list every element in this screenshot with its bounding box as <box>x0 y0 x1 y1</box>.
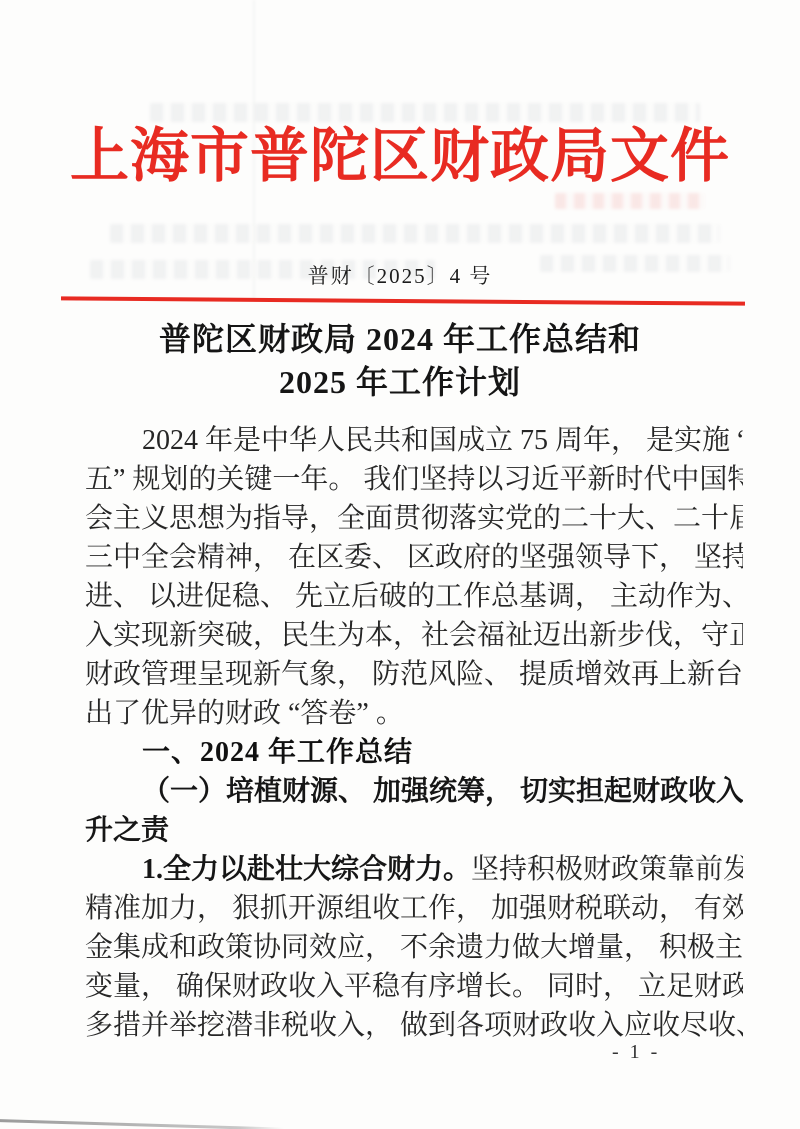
text-line: 多措并举挖潜非税收入， 做到各项财政收入应收尽收、 应缴 <box>85 1006 743 1045</box>
text-line: 金集成和政策协同效应， 不余遗力做大增量， 积极主动把握 <box>85 928 743 967</box>
inline-heading: 1.全力以赴壮大综合财力。 <box>142 854 471 885</box>
text-line: 一、2024 年工作总结 <box>85 733 743 772</box>
bleed-through-row <box>555 193 705 209</box>
letterhead-title: 上海市普陀区财政局文件 <box>0 120 800 192</box>
text-line: 三中全会精神， 在区委、 区政府的坚强领导下， 坚持稳中求 <box>85 538 743 577</box>
text-line: 1.全力以赴壮大综合财力。坚持积极财政策靠前发力、 <box>85 850 743 889</box>
text-line: 升之责 <box>85 811 743 850</box>
document-number: 普财〔2025〕4 号 <box>0 260 800 290</box>
text-line: 入实现新突破，民生为本，社会福祉迈出新步伐，守正创新、 <box>85 616 743 655</box>
text-line: 变量， 确保财政收入平稳有序增长。 同时， 立足财政职能， <box>85 967 743 1006</box>
document-title-line2: 2025 年工作计划 <box>0 361 800 404</box>
text-line: 五” 规划的关键一年。 我们坚持以习近平新时代中国特色社 <box>85 460 743 499</box>
document-title: 普陀区财政局 2024 年工作总结和 2025 年工作计划 <box>0 318 800 404</box>
text-line: 2024 年是中华人民共和国成立 75 周年， 是实施 “十四 <box>85 421 743 460</box>
scanned-page-edge <box>0 1119 284 1129</box>
page-number: - 1 - <box>612 1041 660 1064</box>
text-line: 出了优异的财政 “答卷” 。 <box>85 694 743 733</box>
red-separator-rule <box>61 296 745 305</box>
text-line: 进、 以进促稳、 先立后破的工作总基调， 主动作为、 财政收 <box>85 577 743 616</box>
document-title-line1: 普陀区财政局 2024 年工作总结和 <box>0 318 800 361</box>
text-line: 会主义思想为指导，全面贯彻落实党的二十大、二十届二中、 <box>85 499 743 538</box>
text-line: 财政管理呈现新气象， 防范风险、 提质增效再上新台阶， 交 <box>85 655 743 694</box>
text-line: （一）培植财源、 加强统筹， 切实担起财政收入企稳回 <box>85 772 743 811</box>
document-body: 2024 年是中华人民共和国成立 75 周年， 是实施 “十四五” 规划的关键一… <box>85 421 743 1045</box>
bleed-through-row <box>110 224 720 243</box>
document-page: 上海市普陀区财政局文件 普财〔2025〕4 号 普陀区财政局 2024 年工作总… <box>0 0 800 1129</box>
text-line: 精准加力， 狠抓开源组收工作， 加强财税联动， 有效发挥资 <box>85 889 743 928</box>
